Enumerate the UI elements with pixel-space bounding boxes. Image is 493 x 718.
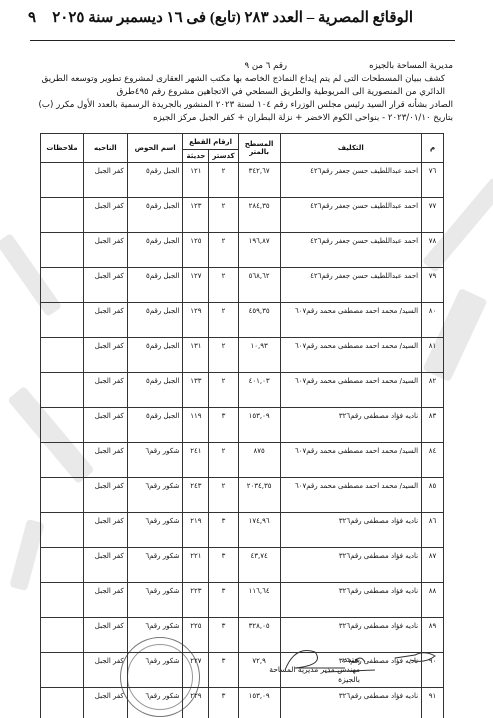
- area-cell: ٢٠٣٤,٣٥: [238, 478, 280, 513]
- basin-cell: الجبل رقم٥: [127, 338, 183, 373]
- gazette-header: الوقائع المصرية – العدد ٢٨٣ (تابع) فى ١٦…: [28, 8, 413, 27]
- notes-cell: [41, 548, 84, 583]
- notes-cell: [41, 443, 84, 478]
- hadetha-cell: ٢٢٧: [183, 653, 209, 688]
- area-cell: ٨٧٥: [238, 443, 280, 478]
- district-cell: كفر الجبل: [83, 303, 127, 338]
- intro-line-3: الدائري من المنصورية الى المريوطية والطر…: [38, 86, 453, 99]
- kadaster-cell: ٣: [209, 618, 238, 653]
- kadaster-cell: ٢: [209, 443, 238, 478]
- row-index: ٨٦: [422, 513, 444, 548]
- basin-cell: شكور رقم٦: [127, 443, 183, 478]
- table-row: ٨٠السيد/ محمد احمد مصطفى محمد رقم٦٠٧٤٥٩,…: [41, 303, 444, 338]
- row-index: ٧٧: [422, 198, 444, 233]
- area-cell: ١٠,٩٣: [238, 338, 280, 373]
- intro-line-4: الصادر بشأنه قرار السيد رئيس مجلس الوزرا…: [38, 99, 453, 112]
- district-cell: كفر الجبل: [83, 233, 127, 268]
- notes-cell: [41, 618, 84, 653]
- hadetha-cell: ١٣١: [183, 338, 209, 373]
- hadetha-cell: ٢٢١: [183, 548, 209, 583]
- hadetha-cell: ٢٢٥: [183, 618, 209, 653]
- area-cell: ٤٥٩,٣٥: [238, 303, 280, 338]
- table-row: ٨٤السيد/ محمد احمد مصطفى محمد رقم٦٠٧٨٧٥٢…: [41, 443, 444, 478]
- basin-cell: الجبل رقم٥: [127, 163, 183, 198]
- notes-cell: [41, 513, 84, 548]
- district-cell: كفر الجبل: [83, 373, 127, 408]
- kadaster-cell: ٣: [209, 653, 238, 688]
- district-cell: كفر الجبل: [83, 653, 127, 688]
- hadetha-cell: ٢١٩: [183, 513, 209, 548]
- page-number: ٩: [28, 8, 36, 27]
- basin-cell: شكور رقم٦: [127, 688, 183, 718]
- row-index: ٨٤: [422, 443, 444, 478]
- owner-cell: ناديه فؤاد مصطفى رقم٣٢٦: [280, 583, 422, 618]
- table-row: ٨٥السيد/ محمد احمد مصطفى محمد رقم٦٠٧٢٠٣٤…: [41, 478, 444, 513]
- area-cell: ٤٣,٧٤: [238, 548, 280, 583]
- table-row: ٧٩احمد عبداللطيف حسن جعفر رقم٤٢٦٥٦٨,٦٢٢١…: [41, 268, 444, 303]
- basin-cell: الجبل رقم٥: [127, 303, 183, 338]
- basin-cell: شكور رقم٦: [127, 653, 183, 688]
- kadaster-cell: ٢: [209, 233, 238, 268]
- owner-cell: السيد/ محمد احمد مصطفى محمد رقم٦٠٧: [280, 478, 422, 513]
- header-index: م: [422, 134, 444, 163]
- district-cell: كفر الجبل: [83, 338, 127, 373]
- hadetha-cell: ٢٤٣: [183, 478, 209, 513]
- row-index: ٩٠: [422, 653, 444, 688]
- notes-cell: [41, 583, 84, 618]
- owner-cell: احمد عبداللطيف حسن جعفر رقم٤٢٦: [280, 163, 422, 198]
- notes-cell: [41, 373, 84, 408]
- owner-cell: السيد/ محمد احمد مصطفى محمد رقم٦٠٧: [280, 443, 422, 478]
- district-cell: كفر الجبل: [83, 478, 127, 513]
- owner-cell: احمد عبداللطيف حسن جعفر رقم٤٢٦: [280, 198, 422, 233]
- basin-cell: شكور رقم٦: [127, 583, 183, 618]
- hadetha-cell: ١١٩: [183, 408, 209, 443]
- table-row: ٧٦احمد عبداللطيف حسن جعفر رقم٤٢٦٣٤٢,٦٧٢١…: [41, 163, 444, 198]
- header-parcel-numbers: ارقام القطع: [183, 134, 238, 150]
- hadetha-cell: ١٢٣: [183, 198, 209, 233]
- owner-cell: السيد/ محمد احمد مصطفى محمد رقم٦٠٧: [280, 338, 422, 373]
- row-index: ٨٠: [422, 303, 444, 338]
- area-cell: ٢٨٤,٣٥: [238, 198, 280, 233]
- area-cell: ١٥٣,٠٩: [238, 408, 280, 443]
- intro-block: مديرية المساحة بالجيزه رقم ٦ من ٩ كشف بب…: [38, 60, 453, 125]
- row-index: ٨٧: [422, 548, 444, 583]
- intro-line-5: بتاريخ ٢٠٢٣/٠١/١٠ - بنواحى الكوم الاخضر …: [38, 112, 453, 125]
- row-index: ٧٨: [422, 233, 444, 268]
- owner-cell: ناديه فؤاد مصطفى رقم٣٢٦: [280, 513, 422, 548]
- area-cell: ١٧٤,٩٦: [238, 513, 280, 548]
- header-owner: التكليف: [280, 134, 422, 163]
- notes-cell: [41, 233, 84, 268]
- basin-cell: شكور رقم٦: [127, 618, 183, 653]
- owner-cell: ناديه فؤاد مصطفى رقم٣٢٦: [280, 548, 422, 583]
- hadetha-cell: ١٢٥: [183, 233, 209, 268]
- district-cell: كفر الجبل: [83, 548, 127, 583]
- notes-cell: [41, 268, 84, 303]
- table-body: ٧٦احمد عبداللطيف حسن جعفر رقم٤٢٦٣٤٢,٦٧٢١…: [41, 163, 444, 718]
- area-cell: ١٩٦,٨٧: [238, 233, 280, 268]
- kadaster-cell: ٣: [209, 583, 238, 618]
- hadetha-cell: ١٢١: [183, 163, 209, 198]
- hadetha-cell: ١٢٩: [183, 303, 209, 338]
- area-cell: ٤٠١,٠٣: [238, 373, 280, 408]
- table-row: ٩٠ناديه فؤاد مصطفى رقم٣٢٦٧٢,٩٣٢٢٧شكور رق…: [41, 653, 444, 688]
- district-cell: كفر الجبل: [83, 198, 127, 233]
- notes-cell: [41, 303, 84, 338]
- owner-cell: احمد عبداللطيف حسن جعفر رقم٤٢٦: [280, 268, 422, 303]
- hadetha-cell: ١٢٧: [183, 268, 209, 303]
- row-index: ٨١: [422, 338, 444, 373]
- kadaster-cell: ٢: [209, 198, 238, 233]
- kadaster-cell: ٢: [209, 268, 238, 303]
- header-rule: [30, 40, 455, 41]
- notes-cell: [41, 688, 84, 718]
- basin-cell: شكور رقم٦: [127, 548, 183, 583]
- table-row: ٨٩ناديه فؤاد مصطفى رقم٣٢٦٣٢٨,٠٥٣٢٢٥شكور …: [41, 618, 444, 653]
- basin-cell: الجبل رقم٥: [127, 373, 183, 408]
- district-cell: كفر الجبل: [83, 688, 127, 718]
- hadetha-cell: ٢٢٩: [183, 688, 209, 718]
- area-cell: ٣٤٢,٦٧: [238, 163, 280, 198]
- table-row: ٨٢السيد/ محمد احمد مصطفى محمد رقم٦٠٧٤٠١,…: [41, 373, 444, 408]
- kadaster-cell: ٣: [209, 408, 238, 443]
- kadaster-cell: ٢: [209, 303, 238, 338]
- sheet-reference: رقم ٦ من ٩: [245, 60, 288, 73]
- department-name: مديرية المساحة بالجيزه: [369, 60, 453, 73]
- owner-cell: ناديه فؤاد مصطفى رقم٣٢٦: [280, 408, 422, 443]
- row-index: ٨٣: [422, 408, 444, 443]
- owner-cell: السيد/ محمد احمد مصطفى محمد رقم٦٠٧: [280, 373, 422, 408]
- district-cell: كفر الجبل: [83, 443, 127, 478]
- kadaster-cell: ٢: [209, 163, 238, 198]
- hadetha-cell: ٢٢٣: [183, 583, 209, 618]
- notes-cell: [41, 198, 84, 233]
- kadaster-cell: ٢: [209, 338, 238, 373]
- kadaster-cell: ٣: [209, 513, 238, 548]
- owner-cell: ناديه فؤاد مصطفى رقم٣٢٦: [280, 653, 422, 688]
- table-row: ٨٣ناديه فؤاد مصطفى رقم٣٢٦١٥٣,٠٩٣١١٩الجبل…: [41, 408, 444, 443]
- basin-cell: الجبل رقم٥: [127, 268, 183, 303]
- header-basin: اسم الحوض: [127, 134, 183, 163]
- header-hadetha: حديثة: [183, 150, 209, 163]
- district-cell: كفر الجبل: [83, 163, 127, 198]
- parcels-table: م التكليف المسطح بالمتر ارقام القطع اسم …: [40, 133, 444, 718]
- district-cell: كفر الجبل: [83, 513, 127, 548]
- basin-cell: شكور رقم٦: [127, 513, 183, 548]
- district-cell: كفر الجبل: [83, 618, 127, 653]
- basin-cell: الجبل رقم٥: [127, 408, 183, 443]
- table-row: ٧٧احمد عبداللطيف حسن جعفر رقم٤٢٦٢٨٤,٣٥٢١…: [41, 198, 444, 233]
- district-cell: كفر الجبل: [83, 583, 127, 618]
- area-cell: ١١٦,٦٤: [238, 583, 280, 618]
- hadetha-cell: ١٣٣: [183, 373, 209, 408]
- owner-cell: السيد/ محمد احمد مصطفى محمد رقم٦٠٧: [280, 303, 422, 338]
- table-row: ٨٦ناديه فؤاد مصطفى رقم٣٢٦١٧٤,٩٦٣٢١٩شكور …: [41, 513, 444, 548]
- intro-line-1: مديرية المساحة بالجيزه رقم ٦ من ٩: [38, 60, 453, 73]
- table-row: ٩١ناديه فؤاد مصطفى رقم٣٢٦١٥٣,٠٩٣٢٢٩شكور …: [41, 688, 444, 718]
- kadaster-cell: ٢: [209, 478, 238, 513]
- row-index: ٨٩: [422, 618, 444, 653]
- kadaster-cell: ٣: [209, 548, 238, 583]
- row-index: ٨٥: [422, 478, 444, 513]
- notes-cell: [41, 478, 84, 513]
- row-index: ٩١: [422, 688, 444, 718]
- notes-cell: [41, 338, 84, 373]
- area-cell: ٥٦٨,٦٢: [238, 268, 280, 303]
- owner-cell: احمد عبداللطيف حسن جعفر رقم٤٢٦: [280, 233, 422, 268]
- header-kadaster: كدستر: [209, 150, 238, 163]
- kadaster-cell: ٣: [209, 688, 238, 718]
- kadaster-cell: ٢: [209, 373, 238, 408]
- area-cell: ٧٢,٩: [238, 653, 280, 688]
- notes-cell: [41, 408, 84, 443]
- row-index: ٧٦: [422, 163, 444, 198]
- header-area: المسطح بالمتر: [238, 134, 280, 163]
- area-cell: ١٥٣,٠٩: [238, 688, 280, 718]
- district-cell: كفر الجبل: [83, 268, 127, 303]
- table-row: ٨٨ناديه فؤاد مصطفى رقم٣٢٦١١٦,٦٤٣٢٢٣شكور …: [41, 583, 444, 618]
- row-index: ٨٨: [422, 583, 444, 618]
- header-district: الناحيه: [83, 134, 127, 163]
- owner-cell: ناديه فؤاد مصطفى رقم٣٢٦: [280, 688, 422, 718]
- notes-cell: [41, 163, 84, 198]
- row-index: ٨٢: [422, 373, 444, 408]
- area-cell: ٣٢٨,٠٥: [238, 618, 280, 653]
- hadetha-cell: ٢٤١: [183, 443, 209, 478]
- owner-cell: ناديه فؤاد مصطفى رقم٣٢٦: [280, 618, 422, 653]
- district-cell: كفر الجبل: [83, 408, 127, 443]
- table-row: ٨٧ناديه فؤاد مصطفى رقم٣٢٦٤٣,٧٤٣٢٢١شكور ر…: [41, 548, 444, 583]
- basin-cell: الجبل رقم٥: [127, 233, 183, 268]
- table-row: ٧٨احمد عبداللطيف حسن جعفر رقم٤٢٦١٩٦,٨٧٢١…: [41, 233, 444, 268]
- row-index: ٧٩: [422, 268, 444, 303]
- header-notes: ملاحظات: [41, 134, 84, 163]
- intro-line-2: كشف ببيان المسطحات التى لم يتم إيداع الن…: [38, 73, 453, 86]
- basin-cell: الجبل رقم٥: [127, 198, 183, 233]
- notes-cell: [41, 653, 84, 688]
- table-row: ٨١السيد/ محمد احمد مصطفى محمد رقم٦٠٧١٠,٩…: [41, 338, 444, 373]
- basin-cell: شكور رقم٦: [127, 478, 183, 513]
